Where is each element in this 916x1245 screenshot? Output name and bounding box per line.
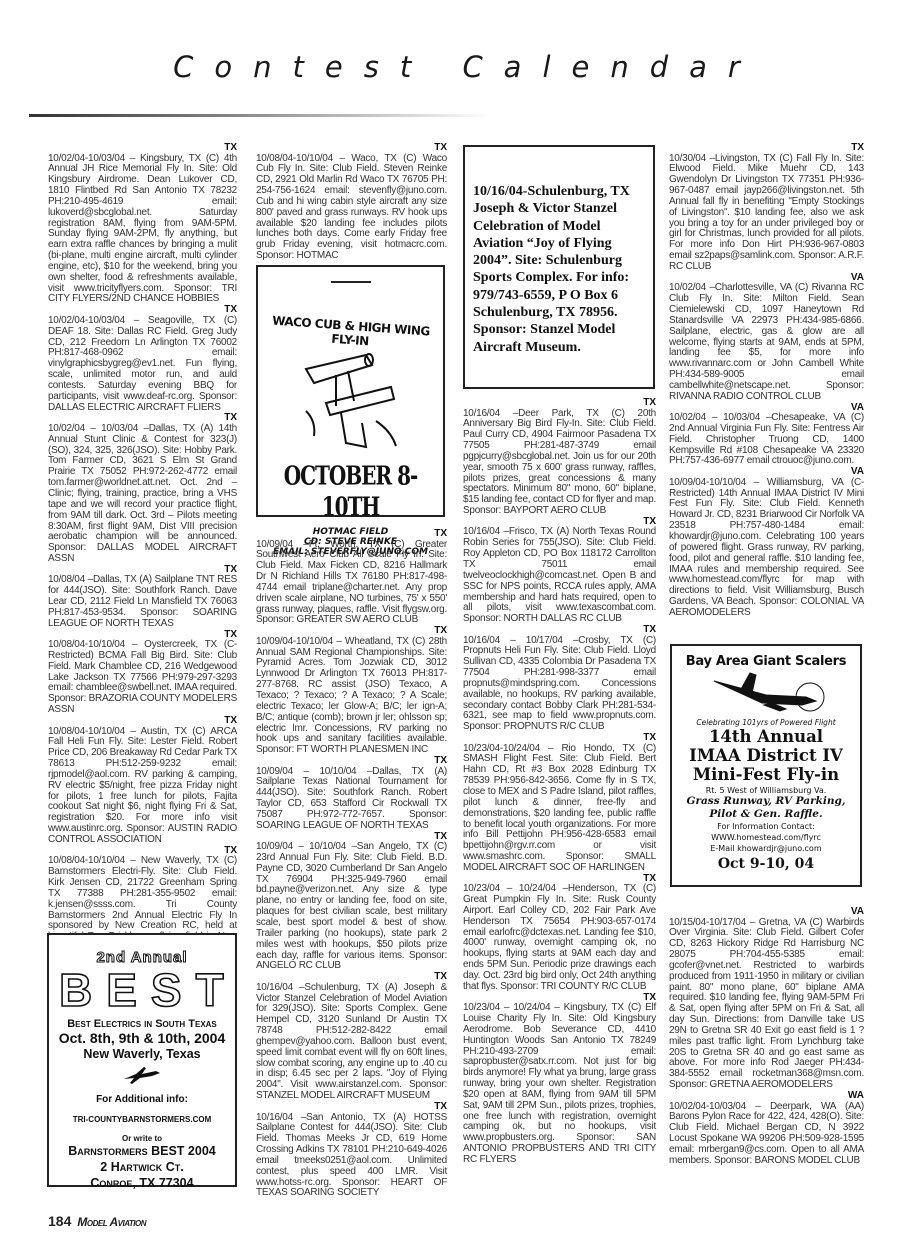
listing-text: 10/02/04 – 10/03/04 –Dallas, TX (A) 14th… <box>48 424 237 565</box>
ad-text: 10/16/04-Schulenburg, TX Joseph & Victor… <box>473 183 647 356</box>
ad-club-name: Bay Area Giant Scalers <box>672 654 860 669</box>
ad-website: WWW.homestead.com/flyrc <box>672 832 860 843</box>
waco-flyin-ad: WACO CUB & HIGH WING FLY-IN OCTOBER 8-10… <box>256 265 445 517</box>
listing-text: 10/09/04 – 10/10/04 –San Angelo, TX (C) … <box>256 842 447 972</box>
state-label: TX <box>48 143 237 154</box>
listing-text: 10/23/04-10/24/04 – Rio Hondo, TX (C) SM… <box>463 744 656 874</box>
listing-text: 10/16/04 –Frisco, TX (A) North Texas Rou… <box>463 527 656 625</box>
listing: TX10/16/04 –San Antonio, TX (A) HOTSS Sa… <box>256 1102 447 1199</box>
listing: TX10/08/04-10/10/04 – Oystercreek, TX (C… <box>48 630 237 716</box>
cub-airplane-illustration <box>296 351 406 456</box>
ad-date: OCTOBER 8-10TH <box>258 460 443 522</box>
listing-text: 10/08/04-10/10/04 – Oystercreek, TX (C-R… <box>48 640 237 716</box>
listing-text: 10/02/04 – 10/03/04 –Chesapeake, VA (C) … <box>669 413 864 467</box>
column-2-lower: TX10/09/04 –Ft. Worth, TX (C) Greater So… <box>256 529 447 1199</box>
listing: TX10/09/04 – 10/10/04 –Dallas, TX (A) Sa… <box>256 756 447 832</box>
listing: WA10/02/04-10/03/04 – Deerpark, WA (AA) … <box>669 1091 864 1167</box>
ad-info-label: For Additional info: <box>49 1094 235 1105</box>
state-label: TX <box>256 143 447 154</box>
ad-title: WACO CUB & HIGH WING FLY-IN <box>257 313 444 354</box>
ad-headline: Mini-Fest Fly-in <box>672 765 860 784</box>
column-1: TX10/02/04-10/03/04 – Kingsbury, TX (C) … <box>48 143 237 976</box>
listing: TX10/09/04 – 10/10/04 –San Angelo, TX (C… <box>256 832 447 973</box>
ad-route: Rt. 5 West of Williamsburg Va. <box>672 786 860 795</box>
state-label: TX <box>463 398 656 409</box>
listing: TX10/09/04-10/10/04 – Wheatland, TX (C) … <box>256 626 447 756</box>
listing: VA10/15/04-10/17/04 – Gretna, VA (C) War… <box>669 907 864 1091</box>
listing-text: 10/02/04-10/03/04 – Deerpark, WA (AA) Ba… <box>669 1102 864 1167</box>
listing-text: 10/30/04 –Livingston, TX (C) Fall Fly In… <box>669 154 864 273</box>
ad-features: Grass Runway, RV Parking, <box>672 795 860 808</box>
ad-best-title: BEST <box>49 966 235 1014</box>
state-label: WA <box>669 1091 864 1102</box>
listing: VA10/09/04-10/10/04 – Williamsburg, VA (… <box>669 467 864 618</box>
ad-address-line: Conroe, TX 77304 <box>49 1175 235 1191</box>
state-label: TX <box>256 756 447 767</box>
listing-text: 10/16/04 –San Antonio, TX (A) HOTSS Sail… <box>256 1113 447 1200</box>
state-label: TX <box>48 716 237 727</box>
listing-text: 10/02/04 –Charlottesville, VA (C) Rivann… <box>669 283 864 402</box>
listing-text: 10/16/04 – 10/17/04 –Crosby, TX (C) Prop… <box>463 636 656 734</box>
listing-text: 10/09/04-10/10/04 – Wheatland, TX (C) 28… <box>256 637 447 756</box>
listing: TX10/30/04 –Livingston, TX (C) Fall Fly … <box>669 143 864 273</box>
magazine-name: Model Aviation <box>77 1215 146 1229</box>
listing: TX10/23/04 – 10/24/04 – Kingsbury, TX (C… <box>463 993 656 1166</box>
state-label: TX <box>669 143 864 154</box>
ad-address-line: Barnstormers BEST 2004 <box>49 1143 235 1159</box>
listing-text: 10/15/04-10/17/04 – Gretna, VA (C) Warbi… <box>669 918 864 1092</box>
listing: TX10/02/04-10/03/04 – Seagoville, TX (C)… <box>48 305 237 413</box>
column-4: TX10/30/04 –Livingston, TX (C) Fall Fly … <box>669 143 864 619</box>
listing-text: 10/23/04 – 10/24/04 –Henderson, TX (C) G… <box>463 884 656 992</box>
listing: TX10/16/04 – 10/17/04 –Crosby, TX (C) Pr… <box>463 625 656 733</box>
listing: TX10/16/04 –Deer Park, TX (C) 20th Anniv… <box>463 398 656 517</box>
listing-text: 10/02/04-10/03/04 – Kingsbury, TX (C) 4t… <box>48 154 237 306</box>
listing: TX10/08/04-10/10/04 – Austin, TX (C) ARC… <box>48 716 237 846</box>
state-label: TX <box>463 625 656 636</box>
listing-text: 10/08/04-10/10/04 – Waco, TX (C) Waco Cu… <box>256 154 447 262</box>
ad-best-expansion: Best Electrics in South Texas <box>49 1018 235 1030</box>
state-label: TX <box>256 529 447 540</box>
listing: TX10/16/04 –Schulenburg, TX (A) Joseph &… <box>256 972 447 1102</box>
listing-text: 10/09/04-10/10/04 – Williamsburg, VA (C-… <box>669 478 864 619</box>
corsair-airplane-illustration <box>706 671 826 713</box>
listing-text: 10/08/04-10/10/04 – Austin, TX (C) ARCA … <box>48 727 237 846</box>
ad-address-line: 2 Hartwick Ct. <box>49 1159 235 1175</box>
listing: TX10/09/04 –Ft. Worth, TX (C) Greater So… <box>256 529 447 626</box>
listing: TX10/16/04 –Frisco, TX (A) North Texas R… <box>463 517 656 625</box>
ad-features: Pilot & Gen. Raffle. <box>672 808 860 821</box>
ad-contact-label: For Information Contact: <box>672 821 860 832</box>
column-2: TX10/08/04-10/10/04 – Waco, TX (C) Waco … <box>256 143 447 262</box>
ad-headline: 14th Annual <box>672 727 860 746</box>
ad-location: New Waverly, Texas <box>49 1047 235 1061</box>
listing-text: 10/09/04 –Ft. Worth, TX (C) Greater Sout… <box>256 540 447 627</box>
listing-text: 10/16/04 –Schulenburg, TX (A) Joseph & V… <box>256 983 447 1102</box>
schulenburg-ad: 10/16/04-Schulenburg, TX Joseph & Victor… <box>463 145 655 389</box>
airplane-icon <box>49 1065 235 1090</box>
listing-text: 10/08/04 –Dallas, TX (A) Sailplane TNT R… <box>48 575 237 629</box>
listing: TX10/08/04 –Dallas, TX (A) Sailplane TNT… <box>48 565 237 630</box>
listing: VA10/02/04 – 10/03/04 –Chesapeake, VA (C… <box>669 403 864 468</box>
column-3: TX10/16/04 –Deer Park, TX (C) 20th Anniv… <box>463 398 656 1166</box>
listing-text: 10/16/04 –Deer Park, TX (C) 20th Anniver… <box>463 409 656 517</box>
listing: TX10/23/04-10/24/04 – Rio Hondo, TX (C) … <box>463 733 656 874</box>
ad-website: TRI-COUNTYBARNSTORMERS.COM <box>49 1115 235 1124</box>
divider <box>331 281 371 283</box>
page-title: Contest Calendar <box>0 50 916 84</box>
title-rule <box>29 114 491 117</box>
ad-dates: Oct. 8th, 9th & 10th, 2004 <box>49 1030 235 1047</box>
listing: VA10/02/04 –Charlottesville, VA (C) Riva… <box>669 273 864 403</box>
state-label: TX <box>256 1102 447 1113</box>
ad-headline: IMAA District IV <box>672 746 860 765</box>
page-footer: 184Model Aviation <box>48 1213 146 1229</box>
listing: TX10/02/04 – 10/03/04 –Dallas, TX (A) 14… <box>48 413 237 564</box>
state-label: VA <box>669 907 864 918</box>
listing: TX10/08/04-10/10/04 – Waco, TX (C) Waco … <box>256 143 447 262</box>
listing: TX10/02/04-10/03/04 – Kingsbury, TX (C) … <box>48 143 237 305</box>
imaa-minifest-ad: Bay Area Giant Scalers Celebrating 101yr… <box>670 644 862 887</box>
listing-text: 10/23/04 – 10/24/04 – Kingsbury, TX (C) … <box>463 1003 656 1166</box>
ad-email: E-Mail khowardjr@juno.com <box>672 843 860 854</box>
listing-text: 10/02/04-10/03/04 – Seagoville, TX (C) D… <box>48 316 237 414</box>
ad-write-label: Or write to <box>49 1134 235 1143</box>
ad-date: Oct 9-10, 04 <box>672 856 860 872</box>
page-number: 184 <box>48 1213 71 1229</box>
listing: TX10/23/04 – 10/24/04 –Henderson, TX (C)… <box>463 874 656 993</box>
ad-celebrating: Celebrating 101yrs of Powered Flight <box>672 718 860 727</box>
listing-text: 10/09/04 – 10/10/04 –Dallas, TX (A) Sail… <box>256 767 447 832</box>
best-electrics-ad: 2nd Annual BEST Best Electrics in South … <box>47 933 237 1187</box>
column-4-lower: VA10/15/04-10/17/04 – Gretna, VA (C) War… <box>669 907 864 1167</box>
